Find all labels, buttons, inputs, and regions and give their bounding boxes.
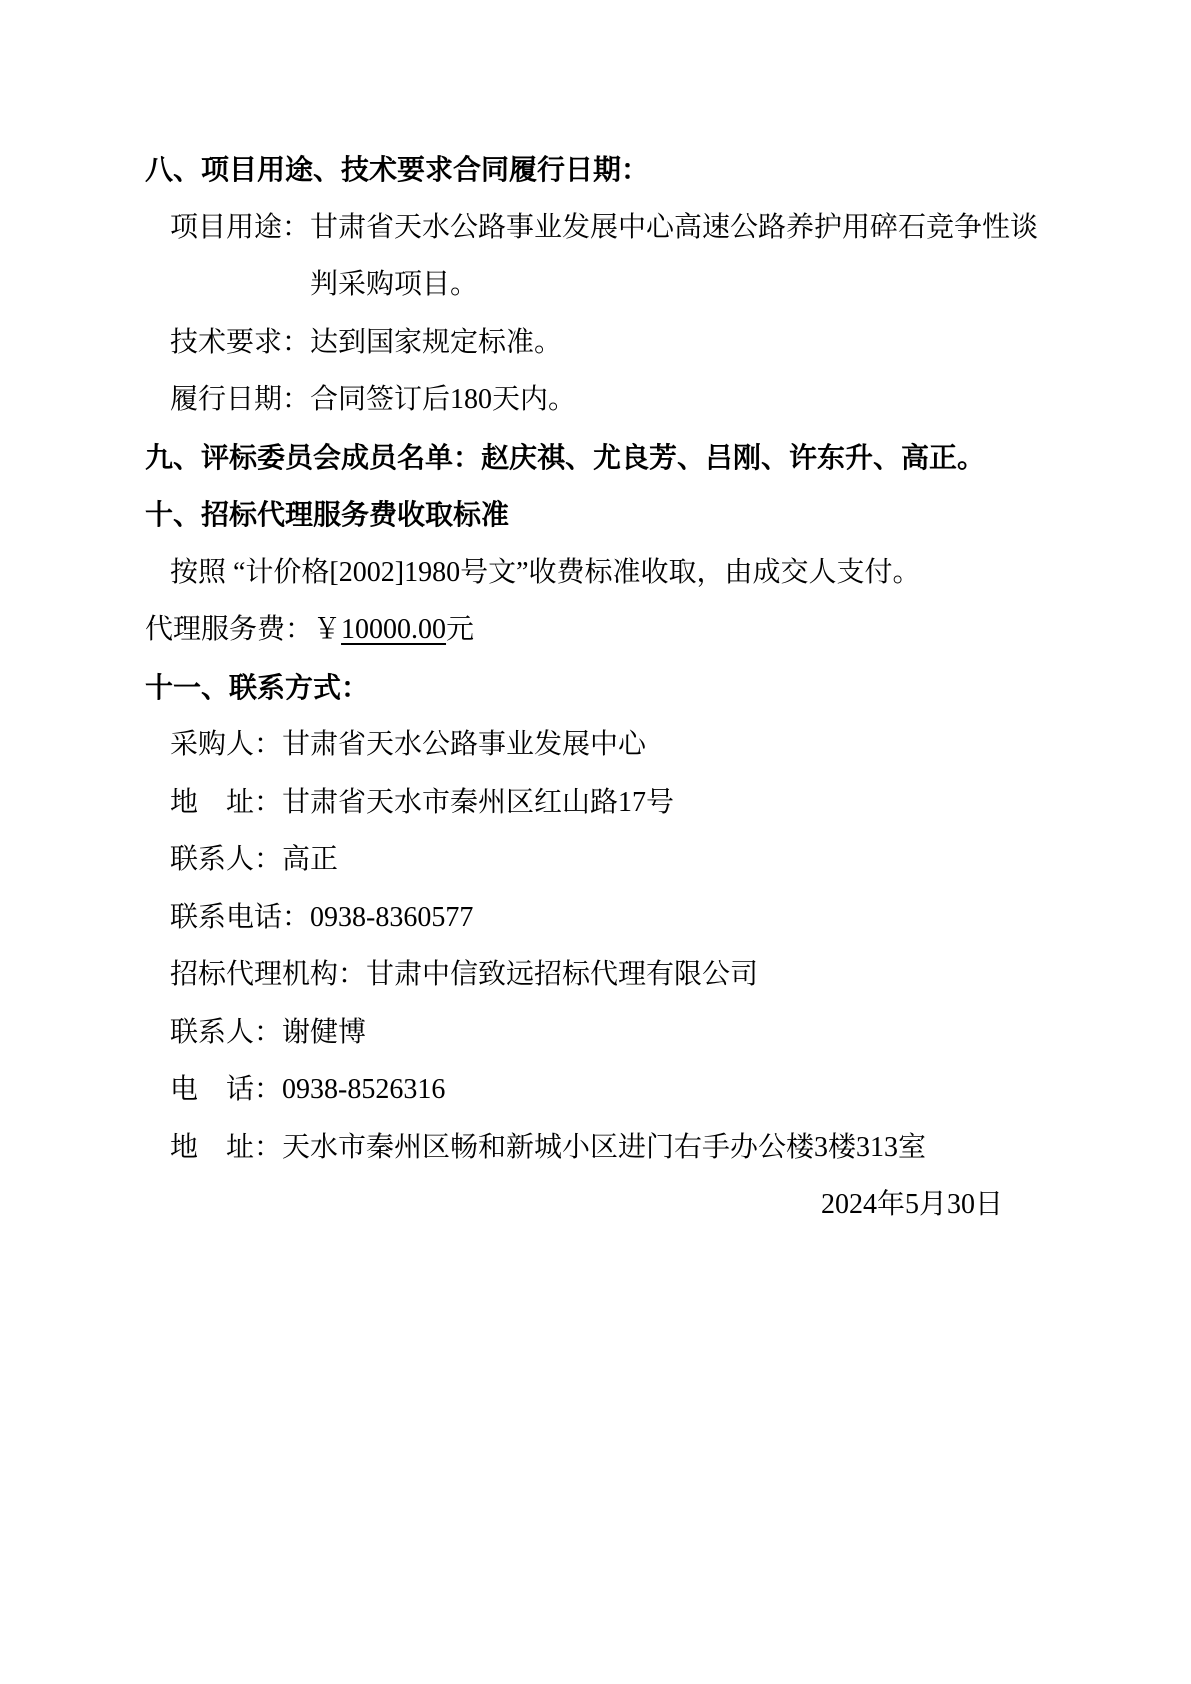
- document-page: 八、项目用途、技术要求合同履行日期： 项目用途：甘肃省天水公路事业发展中心高速公…: [0, 0, 1191, 1684]
- performance-date-text: 合同签订后180天内。: [310, 384, 576, 415]
- contact-row-address-1: 地 址：甘肃省天水市秦州区红山路17号: [170, 774, 1045, 832]
- address-1-value: 甘肃省天水市秦州区红山路17号: [282, 787, 674, 818]
- phone-1-label: 联系电话：: [170, 902, 310, 933]
- agency-fee-label: 代理服务费：: [145, 614, 313, 645]
- technical-requirement-text: 达到国家规定标准。: [310, 327, 562, 358]
- project-usage-paragraph: 项目用途：甘肃省天水公路事业发展中心高速公路养护用碎石竞争性谈判采购项目。: [170, 199, 1040, 314]
- section-11-heading: 十一、联系方式：: [145, 659, 1045, 717]
- project-usage-text: 甘肃省天水公路事业发展中心高速公路养护用碎石竞争性谈判采购项目。: [310, 212, 1038, 301]
- contact-row-person-1: 联系人：高正: [170, 831, 1045, 889]
- performance-date-line: 履行日期：合同签订后180天内。: [170, 371, 1045, 429]
- technical-requirement-line: 技术要求：达到国家规定标准。: [170, 314, 1045, 372]
- project-usage-label: 项目用途：: [170, 212, 310, 243]
- purchaser-label: 采购人：: [170, 729, 282, 760]
- address-1-label: 地 址：: [170, 787, 282, 818]
- address-2-label: 地 址：: [170, 1132, 282, 1163]
- phone-2-value: 0938-8526316: [282, 1074, 445, 1105]
- fee-basis-line: 按照 “计价格[2002]1980号文”收费标准收取，由成交人支付。: [170, 544, 1045, 602]
- contact-person-1-value: 高正: [282, 844, 338, 875]
- contact-row-agency: 招标代理机构：甘肃中信致远招标代理有限公司: [170, 946, 1045, 1004]
- signature-date: 2024年5月30日: [145, 1176, 1045, 1234]
- contact-row-phone-2: 电 话：0938-8526316: [170, 1061, 1045, 1119]
- contact-person-2-label: 联系人：: [170, 1017, 282, 1048]
- technical-requirement-label: 技术要求：: [170, 327, 310, 358]
- performance-date-label: 履行日期：: [170, 384, 310, 415]
- contact-person-1-label: 联系人：: [170, 844, 282, 875]
- agency-fee-currency: ￥: [313, 614, 341, 645]
- contact-person-2-value: 谢健博: [282, 1017, 366, 1048]
- agency-fee-line: 代理服务费：￥10000.00元: [145, 601, 1045, 659]
- purchaser-value: 甘肃省天水公路事业发展中心: [282, 729, 646, 760]
- phone-2-label: 电 话：: [170, 1074, 282, 1105]
- agency-value: 甘肃中信致远招标代理有限公司: [366, 959, 758, 990]
- phone-1-value: 0938-8360577: [310, 902, 473, 933]
- agency-fee-amount: 10000.00: [341, 614, 446, 645]
- address-2-value: 天水市秦州区畅和新城小区进门右手办公楼3楼313室: [282, 1132, 926, 1163]
- contact-row-purchaser: 采购人：甘肃省天水公路事业发展中心: [170, 716, 1045, 774]
- section-9-heading: 九、评标委员会成员名单：赵庆祺、尤良芳、吕刚、许东升、高正。: [145, 429, 1045, 487]
- agency-fee-unit: 元: [446, 614, 474, 645]
- contact-row-phone-1: 联系电话：0938-8360577: [170, 889, 1045, 947]
- contact-row-address-2: 地 址：天水市秦州区畅和新城小区进门右手办公楼3楼313室: [170, 1119, 1045, 1177]
- agency-label: 招标代理机构：: [170, 959, 366, 990]
- section-8-heading: 八、项目用途、技术要求合同履行日期：: [145, 141, 1045, 199]
- section-10-heading: 十、招标代理服务费收取标准: [145, 486, 1045, 544]
- contact-row-person-2: 联系人：谢健博: [170, 1004, 1045, 1062]
